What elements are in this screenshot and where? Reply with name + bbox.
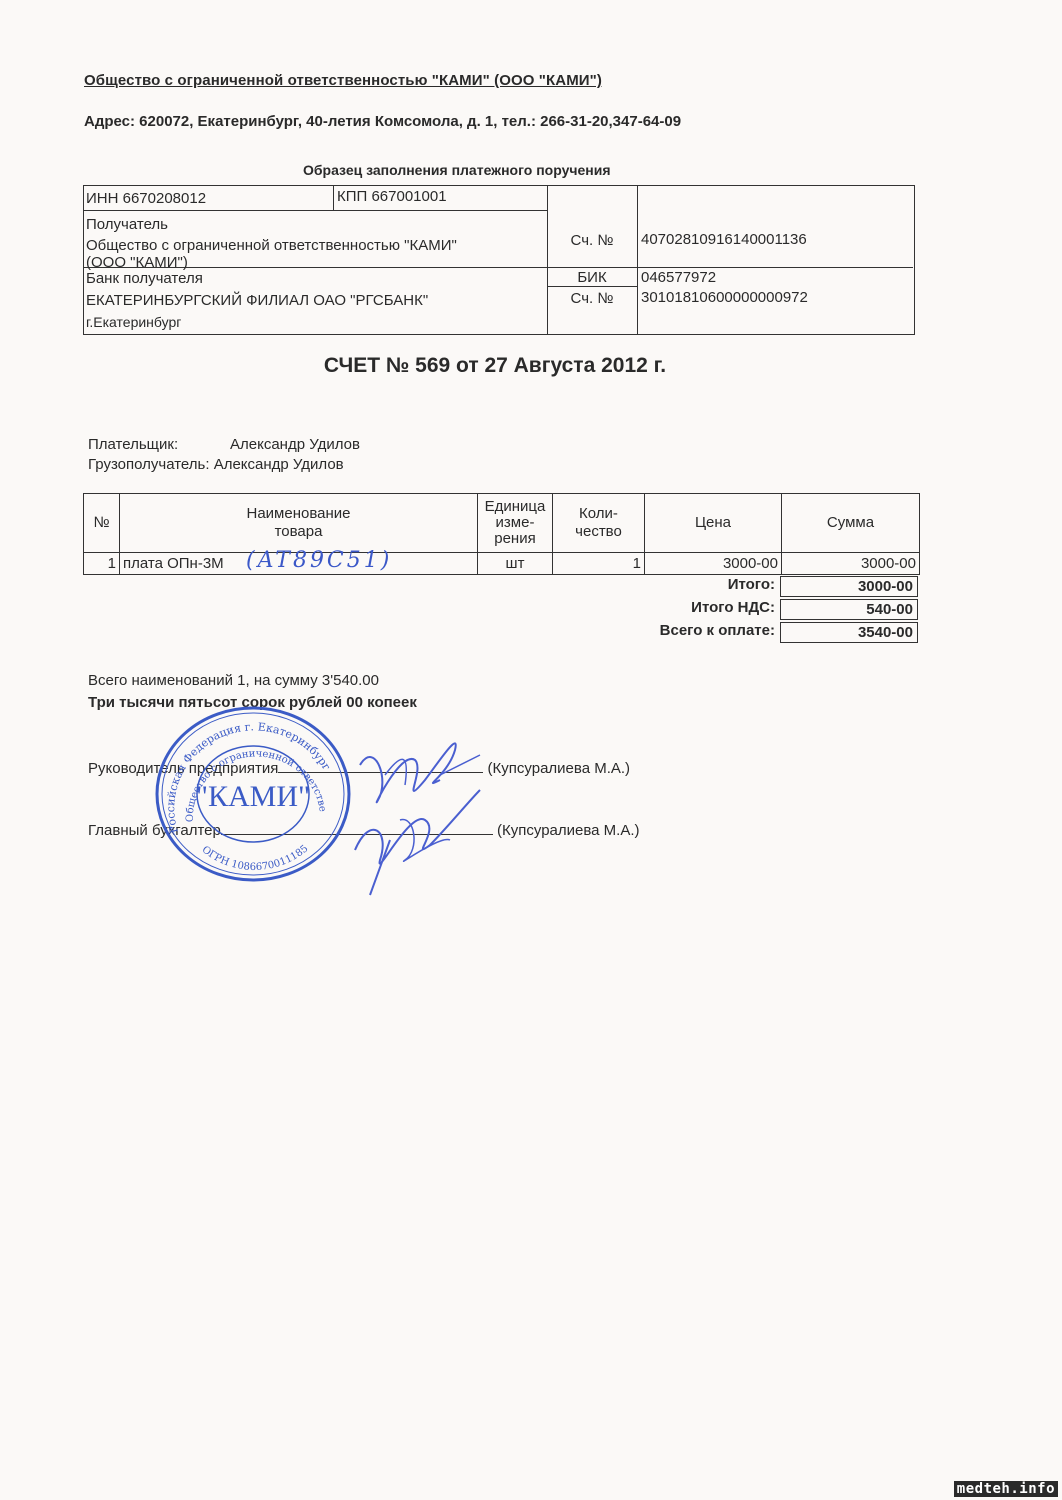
table-row: 1 плата ОПн-3М шт 1 3000-00 3000-00: [84, 553, 920, 575]
account-label: Сч. №: [547, 232, 637, 250]
row-num: 1: [84, 553, 120, 575]
bik-label: БИК: [547, 269, 637, 287]
bank-details-table: ИНН 6670208012 КПП 667001001 Получатель …: [83, 185, 915, 335]
corr-account-label: Сч. №: [547, 290, 637, 308]
divider: [547, 186, 548, 334]
col-num: №: [84, 494, 120, 553]
recipient-name: Общество с ограниченной ответственностью…: [86, 237, 457, 255]
consignee-label: Грузополучатель:: [88, 456, 210, 473]
corr-account: 30101810600000000972: [641, 289, 808, 307]
divider: [333, 210, 547, 211]
col-name: Наименование товара: [120, 494, 478, 553]
vat-value: 540-00: [780, 599, 918, 620]
row-price: 3000-00: [645, 553, 782, 575]
company-address: Адрес: 620072, Екатеринбург, 40-летия Ко…: [84, 113, 681, 130]
col-unit-line3: рения: [494, 530, 535, 547]
subtotal-label: Итого:: [560, 576, 775, 593]
col-qty-line1: Коли-: [579, 505, 618, 522]
summary-count: Всего наименований 1, на сумму 3'540.00: [88, 672, 379, 689]
col-name-line2: товара: [275, 523, 323, 540]
col-price: Цена: [645, 494, 782, 553]
goods-table: № Наименование товара Единица изме- рени…: [83, 493, 920, 575]
col-sum: Сумма: [782, 494, 920, 553]
svg-text:"КАМИ": "КАМИ": [196, 780, 311, 813]
bank-label: Банк получателя: [86, 270, 203, 288]
col-qty: Коли- чество: [553, 494, 645, 553]
signature-scribble-icon: [330, 720, 510, 900]
col-qty-line2: чество: [575, 523, 622, 540]
kpp: КПП 667001001: [337, 188, 447, 206]
handwritten-note: (AT89C51): [246, 548, 404, 584]
divider: [637, 186, 638, 334]
col-unit: Единица изме- рения: [478, 494, 553, 553]
invoice-title: СЧЕТ № 569 от 27 Августа 2012 г.: [0, 354, 990, 378]
bank-name: ЕКАТЕРИНБУРГСКИЙ ФИЛИАЛ ОАО "РГСБАНК": [86, 292, 428, 310]
payer-line: Плательщик:Александр Удилов: [88, 436, 360, 453]
divider: [84, 267, 913, 268]
payer-label: Плательщик:: [88, 436, 230, 453]
col-unit-line1: Единица: [485, 498, 546, 515]
consignee-line: Грузополучатель: Александр Удилов: [88, 456, 344, 473]
row-unit: шт: [478, 553, 553, 575]
account-number: 40702810916140001136: [641, 231, 807, 249]
subtotal-value: 3000-00: [780, 576, 918, 597]
total-value: 3540-00: [780, 622, 918, 643]
recipient-label: Получатель: [86, 216, 168, 234]
col-unit-line2: изме-: [496, 514, 535, 531]
bank-city: г.Екатеринбург: [86, 313, 181, 331]
divider: [84, 210, 333, 211]
payer-name: Александр Удилов: [230, 436, 360, 453]
row-qty: 1: [553, 553, 645, 575]
divider: [333, 186, 334, 210]
vat-label: Итого НДС:: [560, 599, 775, 616]
table-header-row: № Наименование товара Единица изме- рени…: [84, 494, 920, 553]
col-name-line1: Наименование: [247, 505, 351, 522]
inn: ИНН 6670208012: [86, 190, 206, 208]
watermark: medteh.info: [954, 1481, 1058, 1497]
company-name: Общество с ограниченной ответственностью…: [84, 72, 602, 89]
row-sum: 3000-00: [782, 553, 920, 575]
payment-sample-title: Образец заполнения платежного поручения: [303, 162, 611, 178]
total-label: Всего к оплате:: [560, 622, 775, 639]
company-stamp-icon: Российская Федерация г. Екатеринбург Общ…: [148, 702, 358, 884]
consignee-name: Александр Удилов: [214, 456, 344, 473]
accountant-name: (Купсуралиева М.А.): [497, 822, 640, 839]
bik: 046577972: [641, 269, 716, 287]
